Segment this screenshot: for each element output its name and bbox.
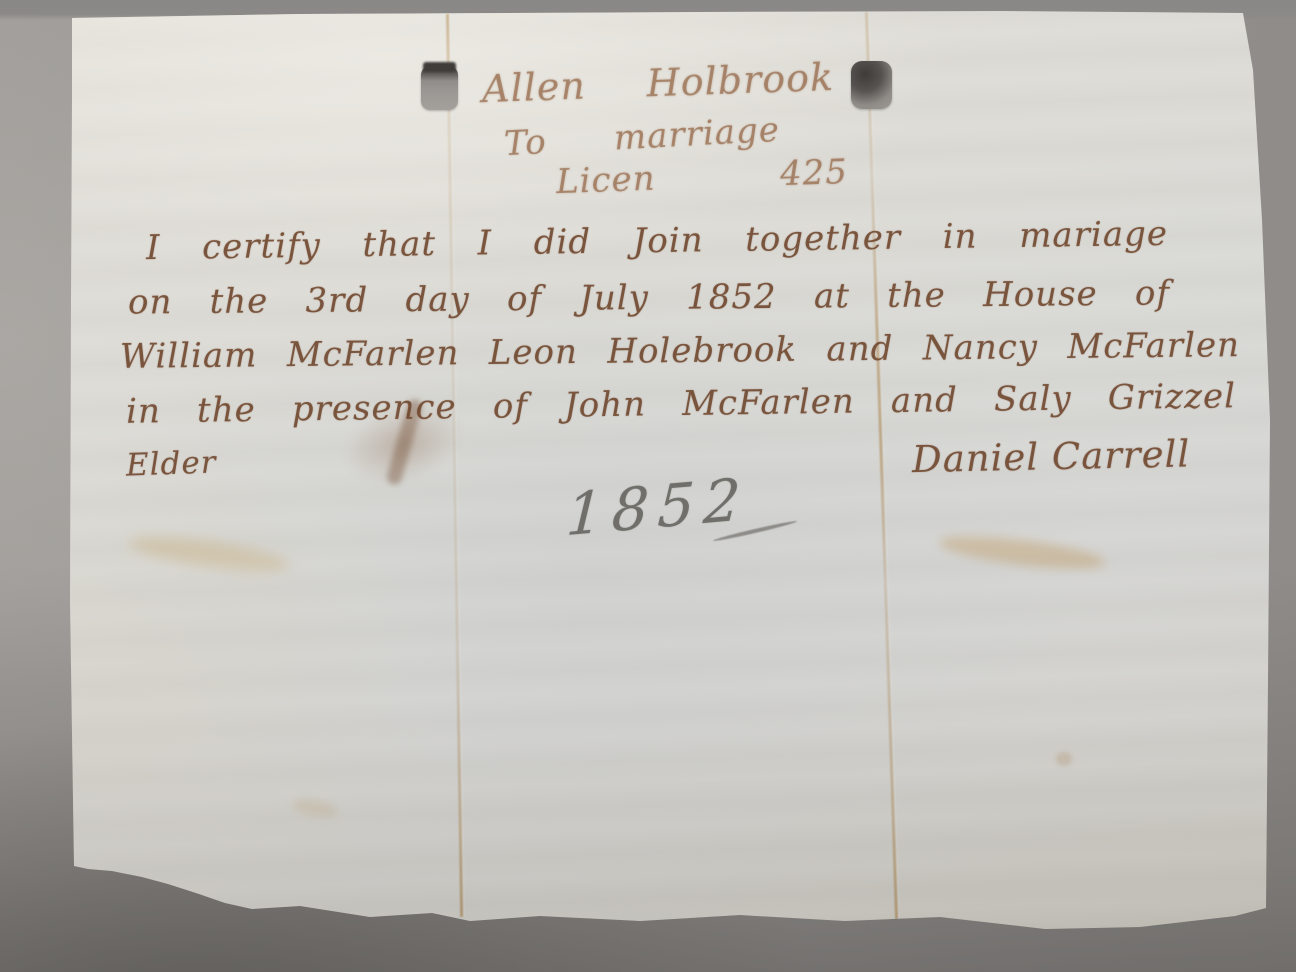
header-name-line: Allen Holbrook (481, 58, 834, 108)
signer-title: Elder (125, 447, 217, 481)
document-paper: Allen Holbrook To marriage Licen 425 I c… (0, 0, 1296, 972)
yellow-stain-right (937, 530, 1107, 575)
body-line-3: William McFarlen Leon Holebrook and Nanc… (120, 328, 1240, 374)
yellow-stain-left (127, 530, 291, 578)
officiant-signature: Daniel Carrell (912, 435, 1213, 478)
pencil-year-annotation: 1852 (565, 470, 751, 544)
header-license-line: Licen 425 (555, 155, 848, 199)
photo-stage: Allen Holbrook To marriage Licen 425 I c… (0, 0, 1296, 972)
punch-hole-left (421, 66, 458, 110)
body-line-2: on the 3rd day of July 1852 at the House… (128, 276, 1170, 319)
body-line-1: I certify that I did Join together in ma… (146, 217, 1168, 265)
small-stain-spot (1056, 752, 1072, 766)
fold-crease-right (865, 12, 898, 930)
header-to-line: To marriage (503, 113, 780, 161)
punch-hole-right (851, 61, 892, 109)
small-stain-spot (291, 796, 339, 820)
body-line-4: in the presence of John McFarlen and Sal… (126, 379, 1236, 428)
fold-crease-left (446, 14, 463, 917)
